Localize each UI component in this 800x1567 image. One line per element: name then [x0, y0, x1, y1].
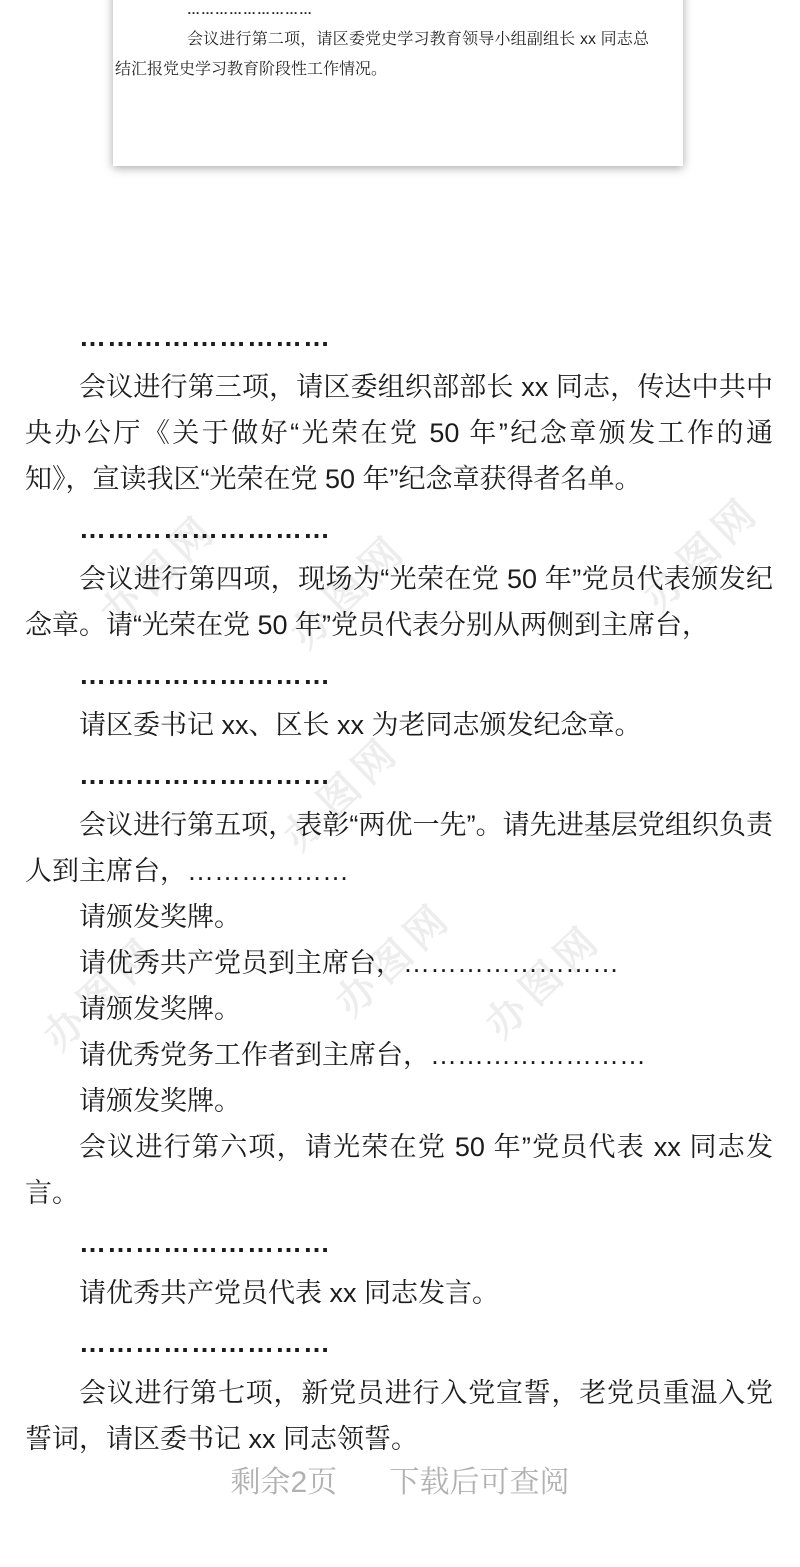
body-paragraph: 请优秀共产党员到主席台，……………………	[25, 940, 773, 986]
body-paragraph: 请颁发奖牌。	[25, 894, 773, 940]
ellipsis-line: ………………………	[25, 314, 773, 360]
remaining-pages-notice: 剩余2页 下载后可查阅	[0, 1462, 800, 1504]
previous-page-preview-card: ……………………… 会议进行第二项，请区委党史学习教育领导小组副组长 xx 同志…	[113, 0, 683, 166]
ellipsis-line: ………………………	[25, 752, 773, 798]
ellipsis-line: ………………………	[25, 506, 773, 552]
body-paragraph: 会议进行第五项，表彰“两优一先”。请先进基层党组织负责人到主席台，………………	[25, 802, 773, 894]
body-paragraph: 会议进行第七项，新党员进行入党宣誓，老党员重温入党誓词，请区委书记 xx 同志领…	[25, 1370, 773, 1462]
body-paragraph: 会议进行第六项，请光荣在党 50 年”党员代表 xx 同志发言。	[25, 1124, 773, 1216]
ellipsis-line: ………………………	[25, 1320, 773, 1366]
body-paragraph: 请优秀共产党员代表 xx 同志发言。	[25, 1270, 773, 1316]
document-body: ………………………会议进行第三项，请区委组织部部长 xx 同志，传达中共中央办公…	[25, 310, 773, 1462]
ellipsis-line: ………………………	[25, 1220, 773, 1266]
body-paragraph: 请颁发奖牌。	[25, 1078, 773, 1124]
body-paragraph: 会议进行第三项，请区委组织部部长 xx 同志，传达中共中央办公厅《关于做好“光荣…	[25, 364, 773, 502]
body-paragraph: 请优秀党务工作者到主席台，……………………	[25, 1032, 773, 1078]
body-paragraph: 请区委书记 xx、区长 xx 为老同志颁发纪念章。	[25, 702, 773, 748]
remaining-pages-count: 剩余2页	[230, 1466, 337, 1499]
ellipsis-line: ………………………	[115, 0, 649, 25]
document-preview-page: 办图网 办图网 办图网 办图网 办图网 办图网 办图网 ……………………… 会议…	[0, 0, 800, 1567]
card-paragraph: 会议进行第二项，请区委党史学习教育领导小组副组长 xx 同志总结汇报党史学习教育…	[115, 25, 649, 85]
ellipsis-line: ………………………	[25, 652, 773, 698]
body-paragraph: 会议进行第四项，现场为“光荣在党 50 年”党员代表颁发纪念章。请“光荣在党 5…	[25, 556, 773, 648]
body-paragraph: 请颁发奖牌。	[25, 986, 773, 1032]
download-to-view-hint: 下载后可查阅	[390, 1466, 570, 1499]
